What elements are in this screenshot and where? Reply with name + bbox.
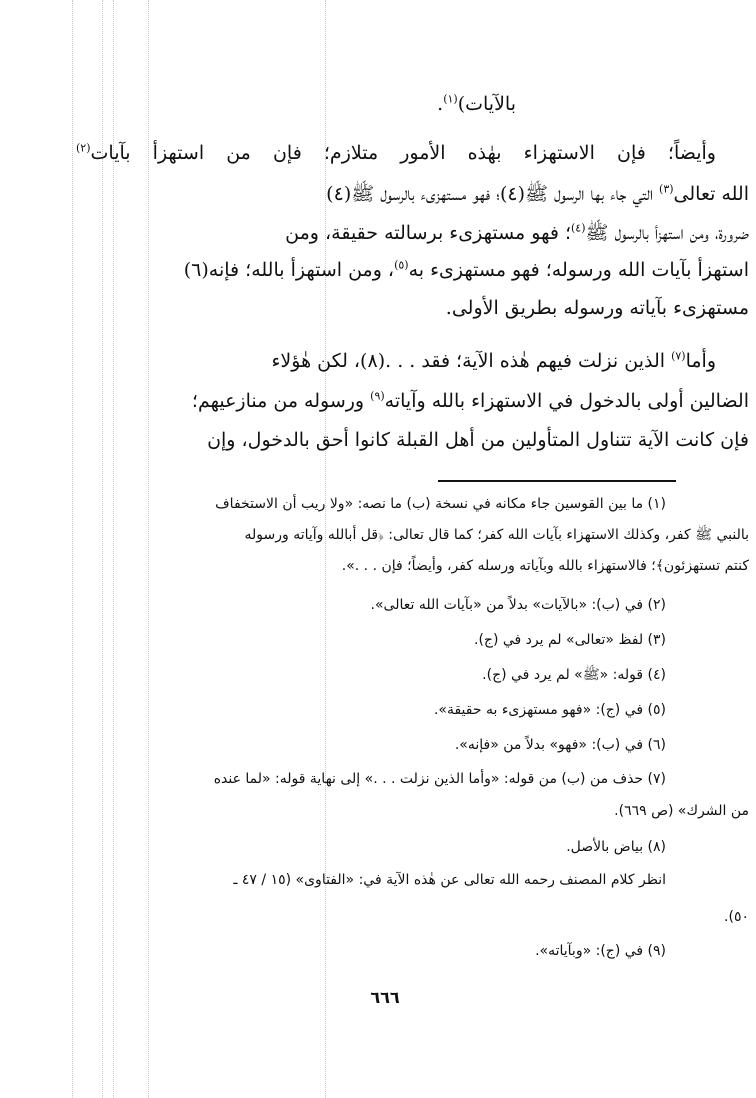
footnote-separator <box>438 480 676 482</box>
footnote-ref: (٤) <box>571 222 586 235</box>
body-line-9: فإن كانت الآية تتناول المتأولين من أهل ا… <box>207 422 749 458</box>
footnote-ref: (٣) <box>659 183 674 196</box>
footnote-1-cont: كنتم تستهزئون﴾؛ فالاستهزاء بالله وبآياته… <box>342 552 749 580</box>
footnote-ref: (٢) <box>76 142 91 155</box>
body-line-4: ضرورة، ومن استهزأ بالرسول ﷺ(٤)؛ فهو مسته… <box>76 215 749 251</box>
body-line-5: استهزأ بآيات الله ورسوله؛ فهو مستهزىء به… <box>76 252 749 288</box>
body-line-8: الضالين أولى بالدخول في الاستهزاء بالله … <box>192 383 749 419</box>
body-line-7: وأما(٧) الذين نزلت فيهم هٰذه الآية؛ فقد … <box>272 343 717 379</box>
body-line-3: الله تعالى(٣) التي جاء بها الرسول ﷺ(٤)؛ … <box>76 176 749 212</box>
footnote-8-cont: انظر كلام المصنف رحمه الله تعالى عن هٰذه… <box>233 866 666 894</box>
body-line-6: مستهزىء بآياته ورسوله بطريق الأولى. <box>446 290 749 326</box>
footnote-8: (٨) بياض بالأصل. <box>566 833 666 861</box>
footnote-ref: (٩) <box>370 390 385 403</box>
document-page: بالآيات)(١). وأيضاً؛ فإن الاستهزاء بهٰذه… <box>0 0 756 1098</box>
footnote-8-cont: ٥٠). <box>724 903 749 931</box>
page-number: ٦٦٦ <box>350 988 420 1007</box>
footnote-2: (٢) في (ب): «بالآيات» بدلاً من «بآيات ال… <box>371 591 666 619</box>
footnote-3: (٣) لفظ «تعالى» لم يرد في (ج). <box>474 626 666 654</box>
body-line-2: وأيضاً؛ فإن الاستهزاء بهٰذه الأمور متلاز… <box>76 135 716 171</box>
footnote-9: (٩) في (ج): «وبآياته». <box>535 937 666 965</box>
body-line-1: بالآيات)(١). <box>437 86 516 122</box>
scan-artifact-line <box>72 0 73 1098</box>
footnote-1-cont: بالنبي ﷺ كفر، وكذلك الاستهزاء بآيات الله… <box>245 521 750 549</box>
footnote-7-cont: من الشرك» (ص ٦٦٩). <box>614 797 749 825</box>
footnote-5: (٥) في (ج): «فهو مستهزىء به حقيقة». <box>434 696 666 724</box>
footnote-4: (٤) قوله: «ﷺ» لم يرد في (ج). <box>482 661 666 689</box>
footnote-ref: (١) <box>443 93 458 106</box>
footnote-ref: (٧) <box>671 350 686 363</box>
footnote-1: (١) ما بين القوسين جاء مكانه في نسخة (ب)… <box>215 490 666 518</box>
footnote-ref: (٥) <box>394 259 409 272</box>
footnote-7: (٧) حذف من (ب) من قوله: «وأما الذين نزلت… <box>214 765 666 793</box>
footnote-6: (٦) في (ب): «فهو» بدلاً من «فإنه». <box>455 731 666 759</box>
